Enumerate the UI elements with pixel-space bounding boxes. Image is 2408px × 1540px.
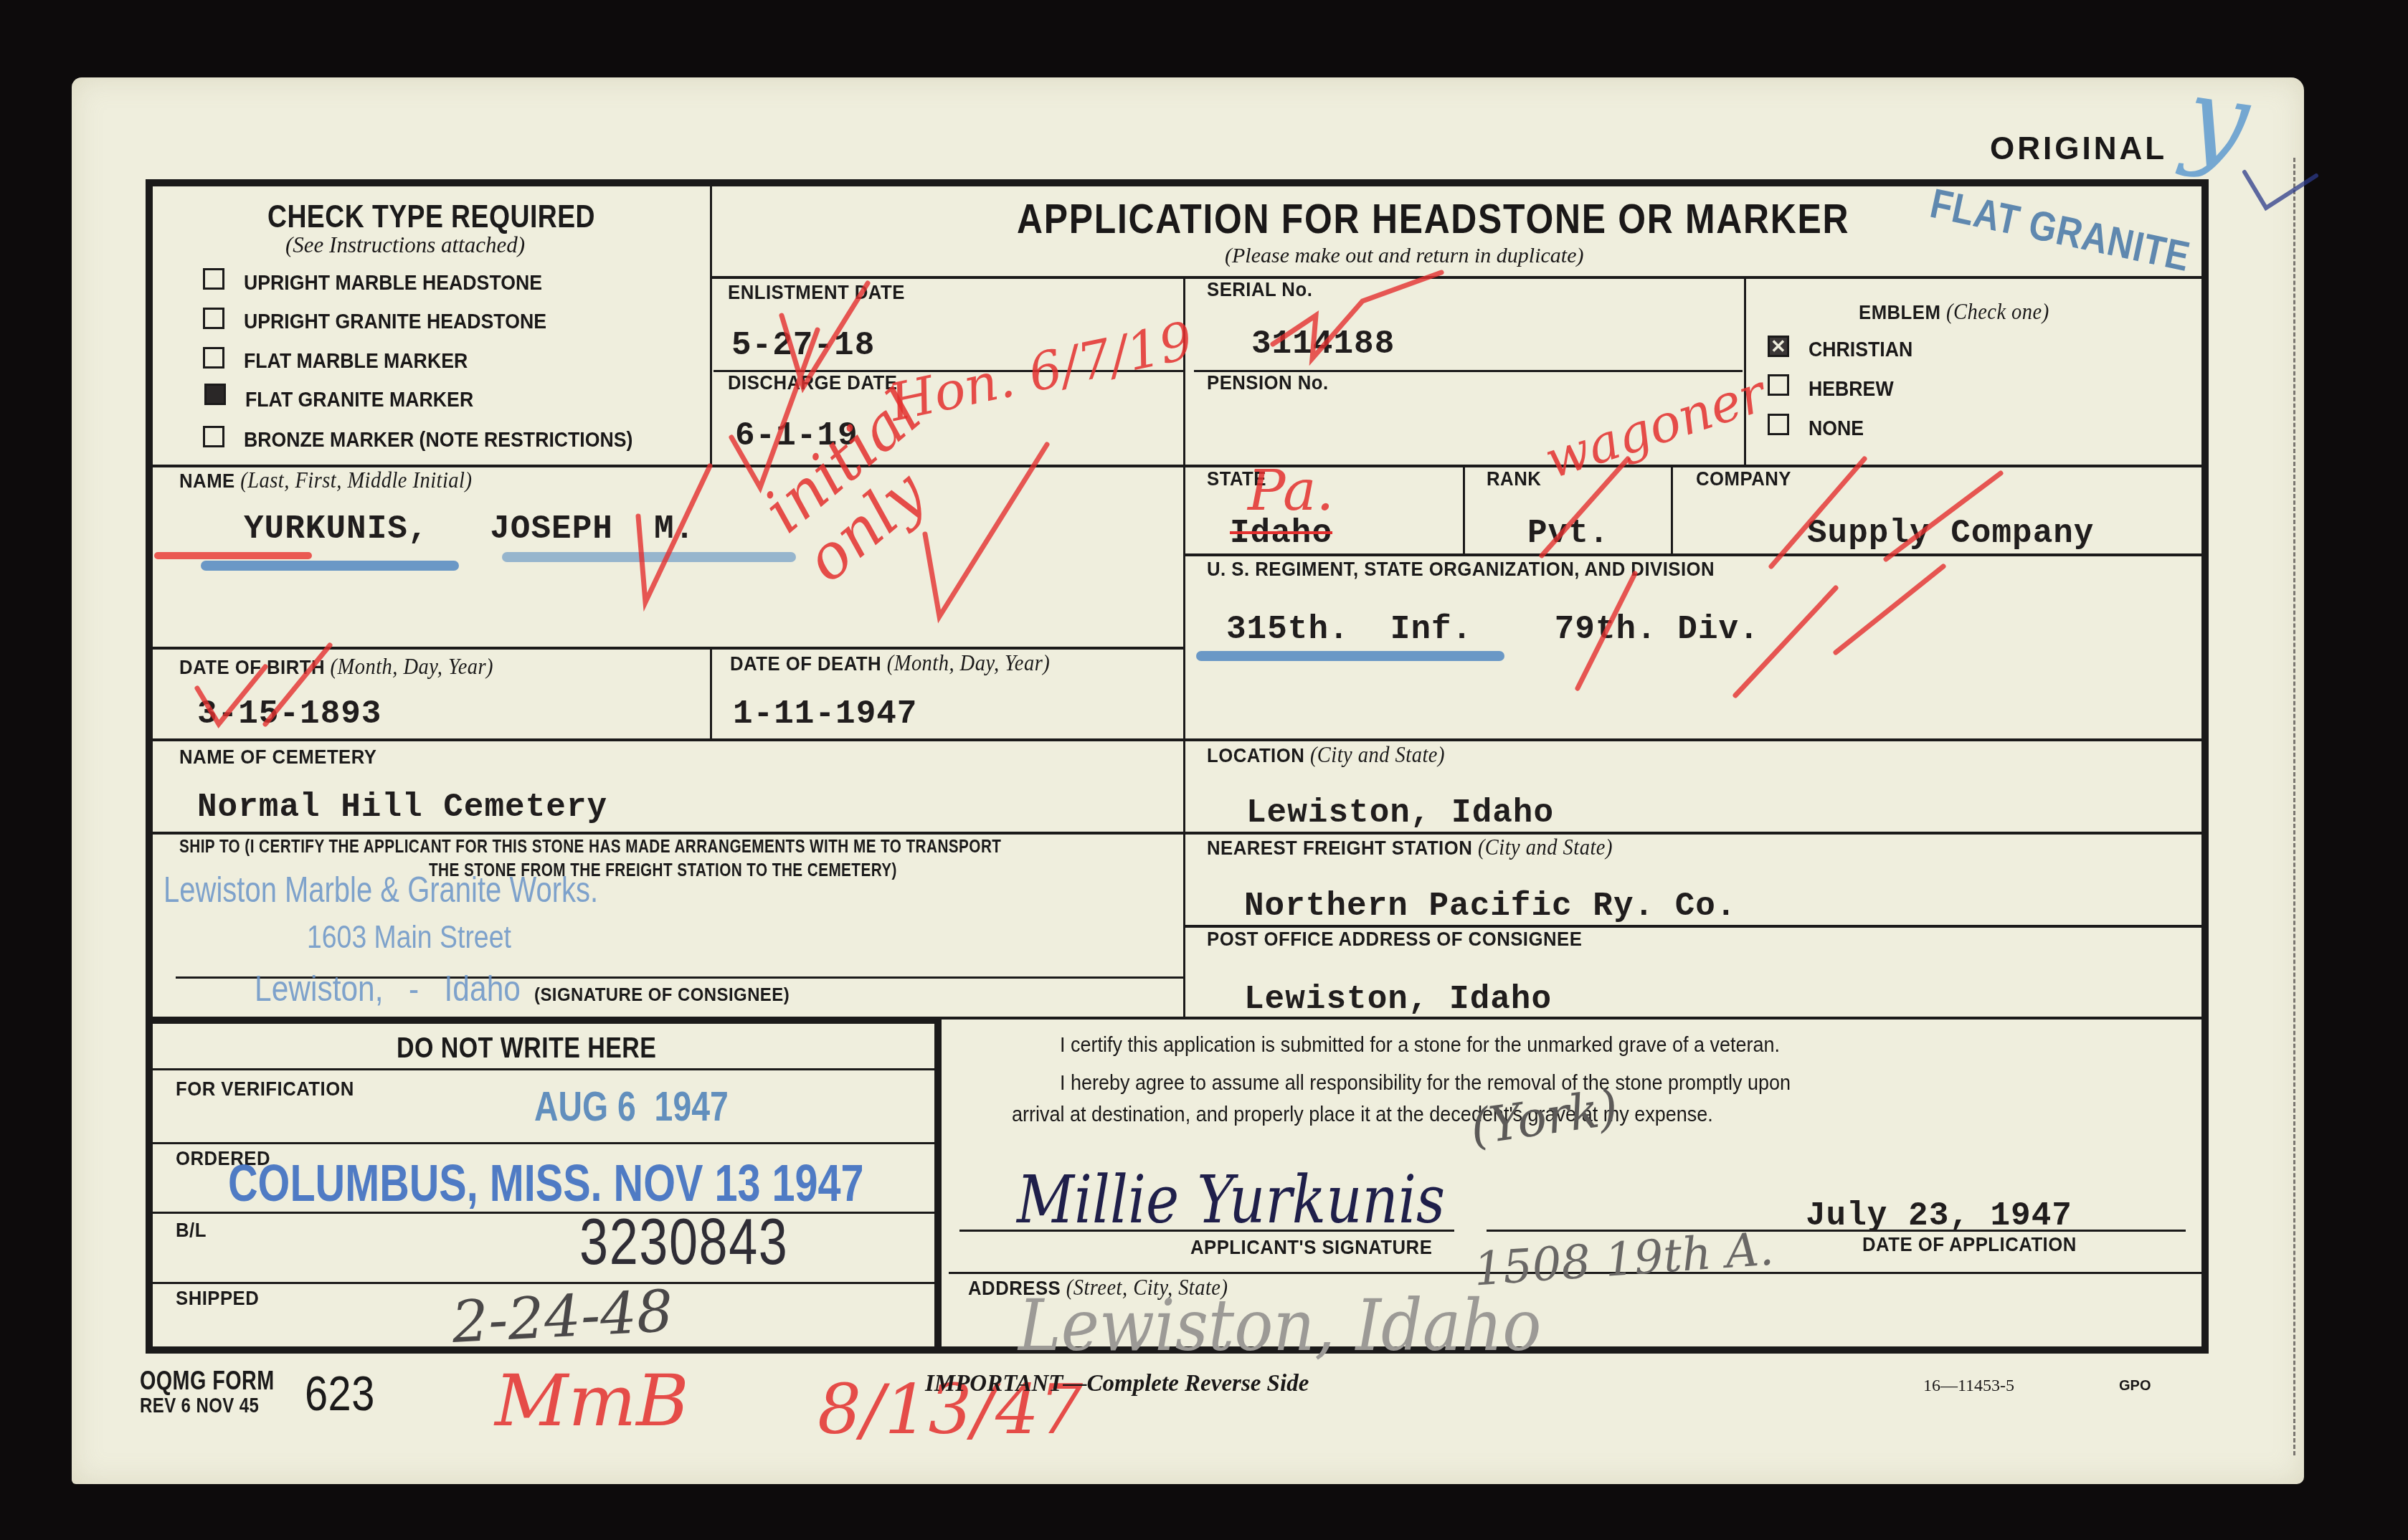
checkbox-christian[interactable]: ✕	[1768, 336, 1789, 357]
name-label-text: NAME	[179, 470, 235, 492]
date-of-death-value[interactable]: 1-11-1947	[733, 695, 917, 733]
bl-value[interactable]: 3230843	[579, 1206, 789, 1280]
checkbox-hebrew[interactable]	[1768, 374, 1789, 396]
print-code: 16—11453-5	[1923, 1377, 2014, 1396]
ship-to-label: SHIP TO (I CERTIFY THE APPLICANT FOR THI…	[179, 837, 1001, 857]
divider	[1185, 553, 2201, 556]
emblem-heading-text: EMBLEM	[1859, 301, 1940, 323]
divider	[1463, 467, 1465, 553]
divider	[153, 1142, 934, 1144]
divider	[934, 1017, 942, 1354]
form-id-line-1: OQMG FORM	[140, 1366, 275, 1396]
important-note: IMPORTANT—Complete Reverse Side	[925, 1371, 1309, 1397]
emblem-none: NONE	[1809, 417, 1864, 441]
serial-number-value[interactable]: 3114188	[1251, 325, 1395, 363]
checkbox-flat-marble[interactable]	[203, 347, 224, 369]
company-label: COMPANY	[1696, 467, 1791, 490]
form-id-line-2: REV 6 NOV 45	[140, 1394, 259, 1418]
verification-label: FOR VERIFICATION	[176, 1078, 354, 1101]
divider	[153, 738, 2201, 741]
dob-label-text: DATE OF BIRTH	[179, 656, 325, 678]
date-of-birth-label: DATE OF BIRTH (Month, Day, Year)	[179, 654, 493, 680]
emblem-hebrew: HEBREW	[1809, 378, 1894, 401]
location-label-note: (City and State)	[1310, 742, 1445, 767]
application-date-label: DATE OF APPLICATION	[1862, 1233, 2077, 1256]
certification-line-2: I hereby agree to assume all responsibil…	[1060, 1071, 1791, 1095]
rank-value[interactable]: Pvt.	[1527, 515, 1609, 552]
divider	[710, 276, 2201, 279]
freight-station-label: NEAREST FREIGHT STATION (City and State)	[1207, 835, 1613, 860]
divider	[710, 185, 712, 466]
address-value-2[interactable]: Lewiston, Idaho	[1018, 1283, 1542, 1367]
enlistment-date-value[interactable]: 5-27-18	[731, 327, 875, 364]
application-date-value[interactable]: July 23, 1947	[1806, 1197, 2072, 1235]
reviewer-initials: MmB	[495, 1359, 689, 1442]
cemetery-name-value[interactable]: Normal Hill Cemetery	[197, 789, 607, 826]
checkbox-bronze[interactable]	[203, 426, 224, 447]
consignee-name-stamp: Lewiston Marble & Granite Works.	[163, 869, 598, 911]
check-type-note: (See Instructions attached)	[285, 232, 525, 258]
blue-underline	[1196, 651, 1504, 661]
date-of-death-label: DATE OF DEATH (Month, Day, Year)	[730, 650, 1050, 676]
emblem-christian: CHRISTIAN	[1809, 338, 1912, 362]
blue-underline	[502, 552, 796, 562]
divider	[153, 832, 2201, 835]
check-type-heading: CHECK TYPE REQUIRED	[267, 199, 595, 235]
office-use-heading: DO NOT WRITE HERE	[397, 1032, 656, 1065]
pension-number-value[interactable]	[1251, 416, 1466, 452]
po-address-label: POST OFFICE ADDRESS OF CONSIGNEE	[1207, 928, 1582, 951]
certification-line-1: I certify this application is submitted …	[1060, 1033, 1780, 1057]
shipped-label: SHIPPED	[176, 1287, 259, 1310]
option-upright-granite: UPRIGHT GRANITE HEADSTONE	[244, 310, 546, 334]
emblem-heading-note: (Check one)	[1946, 299, 2049, 324]
applicant-signature-label: APPLICANT'S SIGNATURE	[1190, 1236, 1432, 1259]
option-flat-marble: FLAT MARBLE MARKER	[244, 350, 468, 374]
checkbox-flat-granite[interactable]	[204, 384, 226, 405]
divider	[153, 1068, 934, 1070]
serial-number-label: SERIAL No.	[1207, 278, 1312, 301]
shipped-value[interactable]: 2-24-48	[450, 1278, 675, 1356]
page-title: APPLICATION FOR HEADSTONE OR MARKER	[1017, 195, 1849, 243]
consignee-signature-label: (SIGNATURE OF CONSIGNEE)	[534, 984, 790, 1006]
consignee-city-stamp: Lewiston, - Idaho	[255, 968, 521, 1009]
cemetery-name-label: NAME OF CEMETERY	[179, 746, 376, 769]
consignee-street-stamp: 1603 Main Street	[307, 920, 511, 956]
page-subtitle: (Please make out and return in duplicate…	[1225, 244, 1583, 268]
perforation-edge	[2293, 158, 2295, 1455]
enlistment-date-label: ENLISTMENT DATE	[728, 281, 905, 304]
option-flat-granite: FLAT GRANITE MARKER	[245, 389, 473, 412]
emblem-heading: EMBLEM (Check one)	[1859, 299, 2049, 325]
option-upright-marble: UPRIGHT MARBLE HEADSTONE	[244, 272, 542, 295]
checkbox-upright-granite[interactable]	[203, 308, 224, 329]
freight-label-note: (City and State)	[1478, 835, 1613, 860]
divider	[710, 649, 712, 738]
blue-underline	[201, 561, 459, 571]
form-number: 623	[305, 1366, 375, 1422]
divider	[942, 1017, 2209, 1019]
state-correction: Pa.	[1248, 459, 1334, 523]
name-label-note: (Last, First, Middle Initial)	[240, 467, 472, 493]
regiment-label: U. S. REGIMENT, STATE ORGANIZATION, AND …	[1207, 558, 1715, 581]
po-address-value[interactable]: Lewiston, Idaho	[1244, 981, 1552, 1018]
printer-mark: GPO	[2119, 1378, 2151, 1394]
name-label: NAME (Last, First, Middle Initial)	[179, 467, 472, 493]
freight-station-value[interactable]: Northern Pacific Ry. Co.	[1244, 888, 1737, 925]
location-label: LOCATION (City and State)	[1207, 742, 1445, 768]
pension-number-label: PENSION No.	[1207, 371, 1329, 394]
divider	[146, 1017, 942, 1024]
company-value[interactable]: Supply Company	[1807, 515, 2094, 552]
date-of-birth-value[interactable]: 3-15-1893	[197, 695, 381, 733]
divider	[153, 647, 1183, 650]
location-label-text: LOCATION	[1207, 744, 1304, 766]
location-value[interactable]: Lewiston, Idaho	[1246, 794, 1554, 832]
copy-label: ORIGINAL	[1990, 131, 2167, 167]
regiment-value[interactable]: 315th. Inf. 79th. Div.	[1226, 611, 1760, 648]
freight-label-text: NEAREST FREIGHT STATION	[1207, 837, 1472, 859]
divider	[1671, 467, 1673, 553]
dob-label-note: (Month, Day, Year)	[331, 654, 493, 679]
ordered-stamp: COLUMBUS, MISS. NOV 13 1947	[228, 1154, 864, 1213]
dod-label-text: DATE OF DEATH	[730, 652, 881, 675]
verification-stamp: AUG 6 1947	[534, 1083, 729, 1131]
dod-label-note: (Month, Day, Year)	[887, 650, 1050, 675]
divider	[1183, 278, 1185, 1018]
option-bronze: BRONZE MARKER (NOTE RESTRICTIONS)	[244, 429, 632, 452]
checkbox-upright-marble[interactable]	[203, 268, 224, 290]
name-value[interactable]: YURKUNIS, JOSEPH M.	[244, 510, 695, 548]
red-underline	[154, 552, 312, 559]
applicant-signature-value[interactable]: Millie Yurkunis	[1017, 1161, 1445, 1238]
rank-label: RANK	[1487, 467, 1541, 490]
bl-label: B/L	[176, 1219, 207, 1242]
